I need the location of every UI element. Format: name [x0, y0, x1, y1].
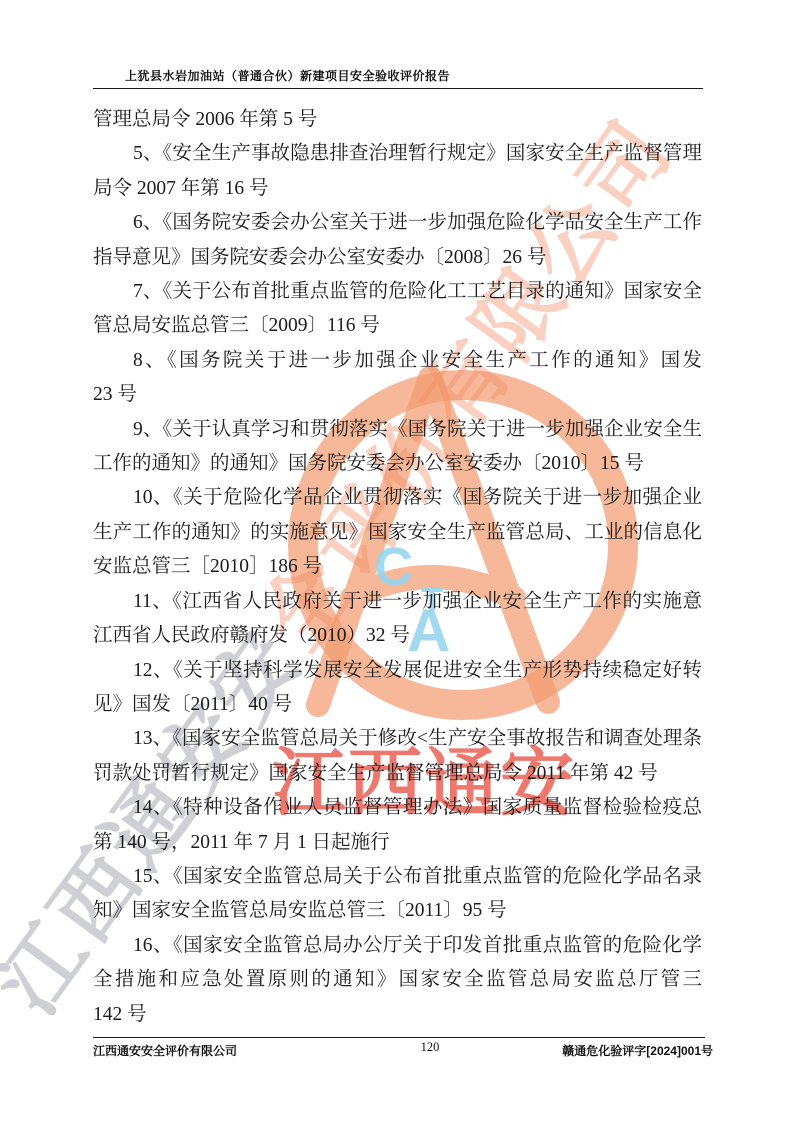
footer-document-number: 赣通危化验评字[2024]001号: [562, 1042, 713, 1059]
footer-company-name: 江西通安安全评价有限公司: [93, 1042, 237, 1059]
body-line: 安监总管三［2010］186 号: [93, 550, 702, 584]
body-line: 13、《国家安全监管总局关于修改<生产安全事故报告和调查处理条例>: [93, 722, 702, 756]
body-line: 5、《安全生产事故隐患排查治理暂行规定》国家安全生产监督管理总: [93, 137, 702, 171]
body-line: 罚款处罚暂行规定》国家安全生产监督管理总局令 2011 年第 42 号: [93, 757, 702, 791]
body-line: 全措施和应急处置原则的通知》国家安全监管总局安监总厅管三〔2011〕: [93, 963, 702, 997]
body-line: 江西省人民政府赣府发（2010）32 号: [93, 619, 702, 653]
report-page: 江西通安安全评价有限公司 C T A 江西通安 上犹县水岩加油站（普通合伙）新建…: [0, 0, 793, 1122]
body-line: 6、《国务院安委会办公室关于进一步加强危险化学品安全生产工作的: [93, 206, 702, 240]
body-line: 知》国家安全监管总局安监总管三〔2011〕95 号: [93, 894, 702, 928]
body-line: 管理总局令 2006 年第 5 号: [93, 103, 702, 137]
footer-rule: [93, 1037, 705, 1038]
footer-page-number: 120: [405, 1040, 455, 1055]
body-line: 142 号: [93, 998, 702, 1032]
body-line: 12、《关于坚持科学发展安全发展促进安全生产形势持续稳定好转的意: [93, 654, 702, 688]
body-line: 管总局安监总管三〔2009〕116 号: [93, 309, 702, 343]
body-line: 10、《关于危险化学品企业贯彻落实《国务院关于进一步加强企业安全: [93, 481, 702, 515]
body-line: 指导意见》国务院安委会办公室安委办〔2008〕26 号: [93, 241, 702, 275]
body-line: 11、《江西省人民政府关于进一步加强企业安全生产工作的实施意见》: [93, 585, 702, 619]
page-header-title: 上犹县水岩加油站（普通合伙）新建项目安全验收评价报告: [125, 67, 450, 84]
body-line: 8、《国务院关于进一步加强企业安全生产工作的通知》国发〔2010〕: [93, 344, 702, 378]
body-line: 23 号: [93, 378, 702, 412]
body-line: 14、《特种设备作业人员监督管理办法》国家质量监督检验检疫总局令: [93, 791, 702, 825]
header-rule: [93, 88, 703, 89]
body-line: 15、《国家安全监管总局关于公布首批重点监管的危险化学品名录的通: [93, 860, 702, 894]
body-line: 第 140 号，2011 年 7 月 1 日起施行: [93, 826, 702, 860]
body-line: 16、《国家安全监管总局办公厅关于印发首批重点监管的危险化学品安: [93, 929, 702, 963]
body-line: 工作的通知》的通知》国务院安委会办公室安委办〔2010〕15 号: [93, 447, 702, 481]
body-line: 生产工作的通知》的实施意见》国家安全生产监管总局、工业的信息化部: [93, 516, 702, 550]
body-line: 见》国发〔2011〕40 号: [93, 688, 702, 722]
body-text-block: 管理总局令 2006 年第 5 号 5、《安全生产事故隐患排查治理暂行规定》国家…: [93, 103, 702, 1032]
body-line: 局令 2007 年第 16 号: [93, 172, 702, 206]
body-line: 9、《关于认真学习和贯彻落实《国务院关于进一步加强企业安全生产: [93, 413, 702, 447]
body-line: 7、《关于公布首批重点监管的危险化工工艺目录的通知》国家安全监: [93, 275, 702, 309]
